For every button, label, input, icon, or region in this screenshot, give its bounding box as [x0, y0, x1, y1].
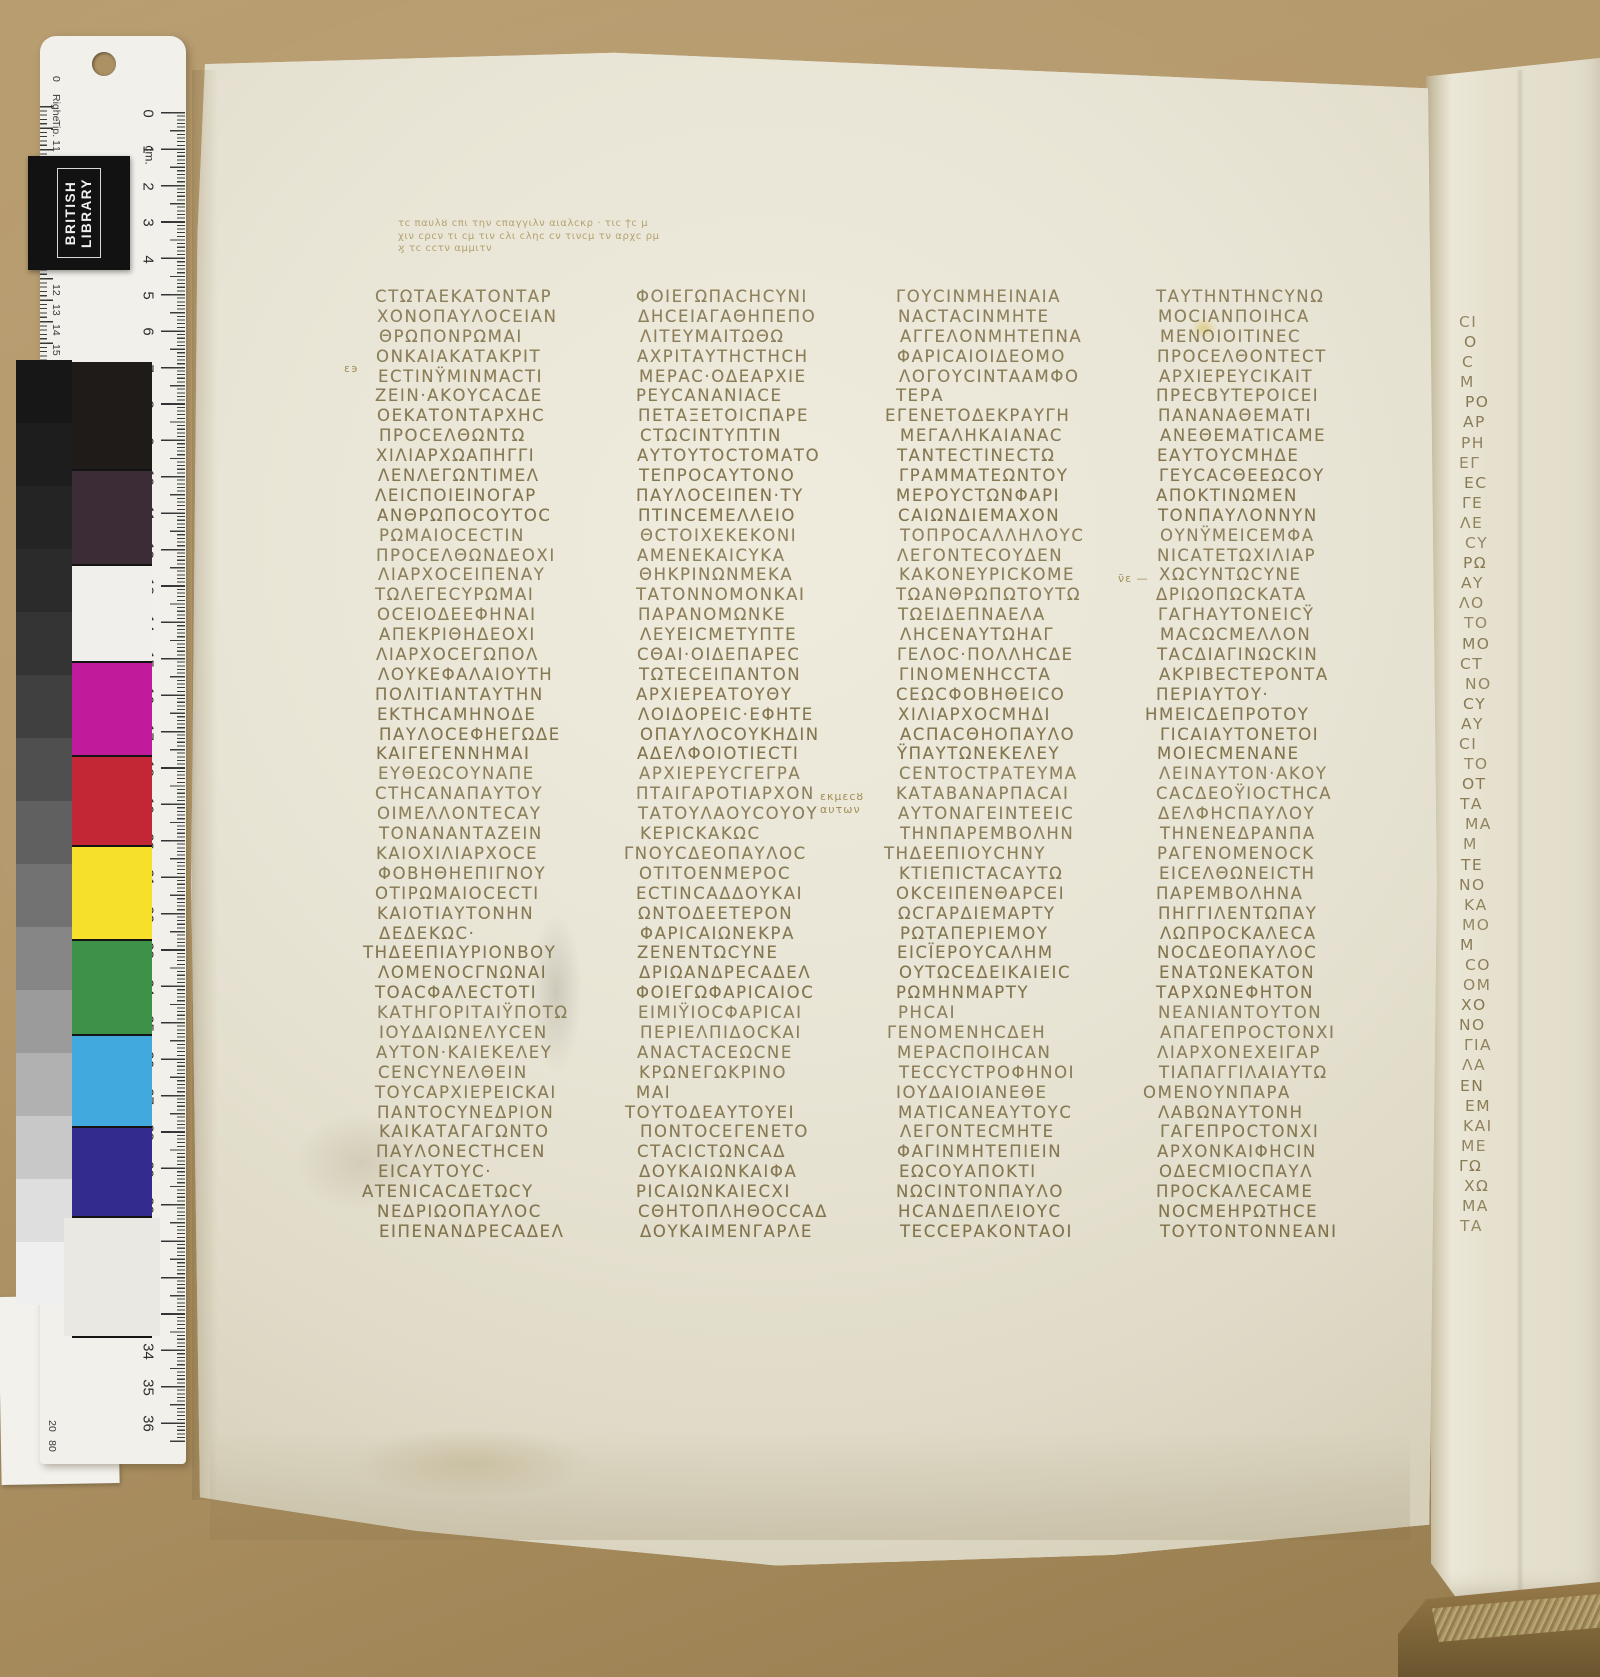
text-line: ΤΟΥΤΟΝΤΟΝΝΕΑΝΙ — [1160, 1222, 1416, 1242]
fragment-line: CΟ — [1465, 955, 1595, 975]
text-line: ΛΕΙCΠΟΙΕΙΝΟΓΑΡ — [375, 486, 631, 506]
fragment-line: ΤΑ — [1460, 794, 1590, 814]
text-line: ΝΕΑΝΙΑΝΤΟΥΤΟΝ — [1158, 1003, 1414, 1023]
text-line: ΦΑΡΙCΑΙΟΙΔΕΟΜΟ — [897, 347, 1153, 367]
text-line: ΑΡΧΟΝΚΑΙΦΗCΙΝ — [1157, 1142, 1413, 1162]
text-line: ΡΩΤΑΠΕΡΙΕΜΟΥ — [900, 924, 1156, 944]
fragment-line: ΓΕ — [1462, 493, 1592, 513]
text-line: ΚΑΙΟΧΙΛΙΑΡΧΟCΕ — [376, 844, 632, 864]
gray-step — [16, 990, 72, 1053]
text-line: ΗΜΕΙCΔΕΠΡΟΤΟΥ — [1145, 705, 1414, 725]
fragment-line: ΧΩ — [1464, 1176, 1594, 1196]
text-line: ΓΝΟΥCΔΕΟΠΑΥΛΟC — [624, 844, 893, 864]
color-patch-dark-purple — [72, 471, 152, 564]
ruler-cm-number: 0 — [140, 103, 157, 125]
text-line: ΚΑΙΓΕΓΕΝΝΗΜΑΙ — [376, 744, 632, 764]
text-line: ΛΕΙΝΑΥΤΟΝ·ΑΚΟΥ — [1159, 764, 1415, 784]
text-line: ΛΕΝΛΕΓΩΝΤΙΜΕΛ — [378, 466, 634, 486]
text-line: ΤΑΡΧΩΝΕΦΗΤΟΝ — [1156, 983, 1412, 1003]
gray-step — [16, 801, 72, 864]
text-line: ΚΤΙΕΠΙCΤΑCΑΥΤΩ — [899, 864, 1155, 884]
page-shading — [192, 70, 218, 1500]
text-line: ΚΑΙΟΤΙΑΥΤΟΝΗΝ — [377, 904, 633, 924]
gray-step — [16, 360, 72, 423]
color-calibration-strip — [72, 362, 152, 1338]
text-line: ΕΙCΕΛΘΩΝΕΙCΤΗ — [1159, 864, 1415, 884]
text-line: ΤΩΕΙΔΕΠΝΑΕΛΑ — [898, 605, 1154, 625]
text-line: ΗCΑΝΔΕΠΛΕΙΟΥC — [898, 1202, 1154, 1222]
fragment-line: ΚΑ — [1464, 895, 1594, 915]
text-line: ΡΗCΑΙ — [898, 1003, 1154, 1023]
text-line: ΦΑΓΙΝΜΗΤΕΠΙΕΙΝ — [897, 1142, 1153, 1162]
gray-step — [16, 549, 72, 612]
text-line: CΕΝΤΟCΤΡΑΤΕΥΜΑ — [899, 764, 1155, 784]
color-patch-green — [72, 941, 152, 1034]
text-line: ΜΕΡΑCΠΟΙΗCΑΝ — [897, 1043, 1153, 1063]
ruler-cm-ticks — [161, 112, 185, 1442]
text-line: ΠΑΡΑΝΟΜΩΝΚΕ — [638, 605, 894, 625]
text-line: ΔΡΙΩΑΝΔΡΕCΑΔΕΛ — [639, 963, 895, 983]
text-line: ΤΙΑΠΑΓΓΙΛΑΙΑΥΤΩ — [1159, 1063, 1415, 1083]
text-line: ΑΠΟΚΤΙΝΩΜΕΝ — [1156, 486, 1412, 506]
text-line: ΑΧΡΙΤΑΥΤΗCΤΗCΗ — [637, 347, 893, 367]
ruler-cm-number: 34 — [140, 1340, 157, 1362]
text-line: ΔΕΔΕΚΩC· — [379, 924, 635, 944]
text-column-2: ΦΟΙΕΓΩΠΑCΗCΥΝΙΔΗCΕΙΑΓΑΘΗΠΕΠΟΛΙΤΕΥΜΑΙΤΩΘΩ… — [638, 287, 894, 1242]
text-line: ΔΡΙΩΟΠΩCΚΑΤΑ — [1156, 585, 1412, 605]
fragment-line: ΕC — [1464, 473, 1594, 493]
ruler-left-label: Tip. 1 — [50, 120, 62, 146]
text-line: ΠΑΝΤΟCΥΝΕΔΡΙΟΝ — [377, 1103, 633, 1123]
text-line: ΑΥΤΟΝΑΓΕΙΝΤΕΕΙC — [898, 804, 1154, 824]
text-line: ΠΕΤΑΞΕΤΟΙCΠΑΡΕ — [638, 406, 894, 426]
fragment-line: ΤΟ — [1464, 613, 1594, 633]
text-line: ΛΩΠΡΟCΚΑΛΕCΑ — [1160, 924, 1416, 944]
text-line: ΤΟΥΤΟΔΕΑΥΤΟΥΕΙ — [625, 1103, 894, 1123]
fragment-line: ΜΑ — [1462, 1196, 1592, 1216]
ruler-cm-number: 4 — [140, 248, 157, 270]
faded-superscription: τϲ παυλȣ ϲπι την ϲπαγγιλν αιαλϲκρ · τιϲ … — [398, 218, 668, 256]
text-line: ΛΟΥΚΕΦΑΛΑΙΟΥΤΗ — [378, 665, 634, 685]
text-line: ΠΡΟCΕΛΘΩΝΔΕΟΧΙ — [376, 546, 632, 566]
text-line: ΕΙCΑΥΤΟΥC· — [378, 1162, 634, 1182]
text-line: ΝΩCΙΝΤΟΝΠΑΥΛΟ — [896, 1182, 1152, 1202]
fragment-line: ΕΜ — [1465, 1096, 1595, 1116]
superscription-line: χιν ϲρϲν τι ϲμ τιν ϲλι ϲληϲ ϲν τινϲμ τν … — [398, 231, 668, 244]
color-patch-red — [72, 757, 152, 845]
ruler-left-label: 14 — [50, 324, 62, 336]
text-line: ΚΑΤΗΓΟΡΙΤΑΙΫΠΟΤΩ — [377, 1003, 633, 1023]
text-line: ΕΥΘΕΩCΟΥΝΑΠΕ — [378, 764, 634, 784]
label-line-1: BRITISH — [63, 178, 79, 248]
text-line: ΠΡΟCΚΑΛΕCΑΜΕ — [1156, 1182, 1412, 1202]
text-line: ΔΕΛΦΗCΠΑΥΛΟΥ — [1158, 804, 1414, 824]
marginal-note: εκμεϲȣαυτων — [820, 790, 864, 816]
text-line: ΦΟΙΕΓΩΦΑΡΙCΑΙΟC — [636, 983, 892, 1003]
fragment-line: ΜΑ — [1465, 814, 1595, 834]
fragment-line: ΤΕ — [1461, 855, 1591, 875]
text-line: ΩΝΤΟΔΕΕΤΕΡΟΝ — [638, 904, 894, 924]
text-line: ΟΥΝΫΜΕΙCΕΜΦΑ — [1160, 526, 1416, 546]
text-line: ΠΟΛΙΤΙΑΝΤΑΥΤΗΝ — [375, 685, 631, 705]
text-line: ΫΠΑΥΤΩΝΕΚΕΛΕΥ — [897, 744, 1153, 764]
text-line: ΜΑCΩCΜΕΛΛΟΝ — [1160, 625, 1416, 645]
text-line: ΚΡΩΝΕΓΩΚΡΙΝΟ — [639, 1063, 895, 1083]
text-line: ΝΕΔΡΙΩΟΠΑΥΛΟC — [377, 1202, 633, 1222]
text-line: ΝΟCΔΕΟΠΑΥΛΟC — [1157, 943, 1413, 963]
text-line: ΝΟCΜΕΗΡΩΤΗCΕ — [1158, 1202, 1414, 1222]
text-line: ΖΕΝΕΝΤΩCΥΝΕ — [637, 943, 893, 963]
gray-step — [16, 1116, 72, 1179]
fragment-line: ΕΝ — [1460, 1076, 1590, 1096]
ruler-left-label: 13 — [50, 304, 62, 316]
fragment-line: ΡΩ — [1463, 553, 1593, 573]
text-line: ΔΟΥΚΑΙΜΕΝΓΑΡΛΕ — [640, 1222, 896, 1242]
fragment-line: Μ — [1463, 834, 1593, 854]
ruler-cm-number: 6 — [140, 321, 157, 343]
fragment-line: ΛΕ — [1460, 513, 1590, 533]
text-line: ΤΟΝΠΑΥΛΟΝΝΥΝ — [1158, 506, 1414, 526]
text-line: ΑΝΘΡΩΠΟCΟΥΤΟC — [377, 506, 633, 526]
text-line: ΘΗΚΡΙΝΩΝΜΕΚΑ — [639, 565, 895, 585]
fragment-line: CΙ — [1459, 312, 1589, 332]
text-line: CΕΝCΥΝΕΛΘΕΙΝ — [378, 1063, 634, 1083]
text-line: ΜΟCΙΑΝΠΟΙΗCΑ — [1158, 307, 1414, 327]
text-line: ΓΙCΑΙΑΥΤΟΝΕΤΟΙ — [1160, 725, 1416, 745]
text-line: ΡΑΓΕΝΟΜΕΝΟCΚ — [1157, 844, 1413, 864]
fragment-line: Μ — [1460, 372, 1590, 392]
text-line: ΕΑΥΤΟΥCΜΗΔΕ — [1157, 446, 1413, 466]
text-line: ΩCΓΑΡΔΙΕΜΑΡΤΥ — [898, 904, 1154, 924]
marginal-line: αυτων — [820, 803, 864, 816]
text-line: ΟCΕΙΟΔΕΕΦΗΝΑΙ — [377, 605, 633, 625]
text-line: ΙΟΥΔΑΙΩΝΕΛΥCΕΝ — [379, 1023, 635, 1043]
text-line: CΑCΔΕΟΫΙΟCΤΗCΑ — [1156, 784, 1412, 804]
color-patch-yellow — [72, 847, 152, 939]
text-line: ΠΗΓΓΙΛΕΝΤΩΠΑΥ — [1158, 904, 1414, 924]
page-shading — [210, 1430, 1410, 1540]
ruler-cm-number: 5 — [140, 285, 157, 307]
text-line: ΓΡΑΜΜΑΤΕΩΝΤΟΥ — [899, 466, 1155, 486]
fragment-line: CΤ — [1460, 654, 1590, 674]
text-line: ΠΑΝΑΝΑΘΕΜΑΤΙ — [1158, 406, 1414, 426]
text-line: ΤΕΠΡΟCΑΥΤΟΝΟ — [639, 466, 895, 486]
text-line: ΛΕΓΟΝΤΕCΟΥΔΕΝ — [897, 546, 1153, 566]
text-line: ΓΕΝΟΜΕΝΗCΔΕΗ — [887, 1023, 1156, 1043]
text-line: CΘΗΤΟΠΛΗΘΟCCΑΔ — [638, 1202, 894, 1222]
text-line: ΛΕΓΟΝΤΕCΜΗΤΕ — [900, 1122, 1156, 1142]
text-line: ΤΗΔΕΕΠΙΟΥCΗΝΥ — [884, 844, 1153, 864]
fragment-line: ΟΜ — [1463, 975, 1593, 995]
text-line: CΘΑΙ·ΟΙΔΕΠΑΡΕC — [637, 645, 893, 665]
text-line: ΓΕΛΟC·ΠΟΛΛΗCΔΕ — [897, 645, 1153, 665]
british-library-label-text: BRITISH LIBRARY — [57, 168, 101, 258]
fragment-line: ΝΟ — [1459, 875, 1589, 895]
text-line: ΠΡΟCΕΛΘΩΝΤΩ — [379, 426, 635, 446]
marginal-line: εκμεϲȣ — [820, 790, 864, 803]
text-line: ΖΕΙΝ·ΑΚΟΥCΑCΔΕ — [375, 386, 631, 406]
text-line: ΠΕΡΙΕΛΠΙΔΟCΚΑΙ — [640, 1023, 896, 1043]
text-line: ΡΩΜΑΙΟCΕCΤΙΝ — [379, 526, 635, 546]
text-line: ΑΡΧΙΕΡΕΑΤΟΥΘΥ — [636, 685, 892, 705]
text-line: CΤΩΤΑΕΚΑΤΟΝΤΑΡ — [375, 287, 631, 307]
text-line: CΤΗCΑΝΑΠΑΥΤΟΥ — [375, 784, 631, 804]
text-line: ΦΟΙΕΓΩΠΑCΗCΥΝΙ — [636, 287, 892, 307]
text-line: ΜΕΝΟΙΟΙΤΙΝΕC — [1160, 327, 1416, 347]
text-line: ΚΑΤΑΒΑΝΑΡΠΑCΑΙ — [896, 784, 1152, 804]
text-line: ΧΩCΥΝΤΩCΥΝΕ — [1159, 565, 1415, 585]
ruler-cm-number: 1 — [140, 139, 157, 161]
fragment-line: Ο — [1464, 332, 1594, 352]
text-line: ΟΜΕΝΟΥΝΠΑΡΑ — [1143, 1083, 1412, 1103]
gray-step — [16, 675, 72, 738]
text-line: ΤΩΑΝΘΡΩΠΩΤΟΥΤΩ — [896, 585, 1152, 605]
text-line: ΡΩΜΗΝΜΑΡΤΥ — [896, 983, 1152, 1003]
fragment-line: ΜΕ — [1461, 1136, 1591, 1156]
ruler-left-label: 1 — [50, 146, 62, 152]
text-line: ΦΑΡΙCΑΙΩΝΕΚΡΑ — [640, 924, 896, 944]
fragment-line: ΛΑ — [1462, 1055, 1592, 1075]
fragment-line: ΤΑ — [1460, 1216, 1590, 1236]
color-patch-white-card — [64, 1218, 160, 1336]
fragment-line: ΜΟ — [1462, 915, 1592, 935]
fragment-line: ΛΟ — [1459, 593, 1589, 613]
gray-step — [16, 423, 72, 486]
ruler-left-label: 12 — [50, 284, 62, 296]
text-line: ΑΠΕΚΡΙΘΗΔΕΟΧΙ — [379, 625, 635, 645]
fragment-line: ΑΥ — [1461, 714, 1591, 734]
text-line: ΤΕCCΕΡΑΚΟΝΤΑΟΙ — [900, 1222, 1156, 1242]
text-line: ΑΡΧΙΕΡΕΥCΙΚΑΙΤ — [1159, 367, 1415, 387]
ruler-cm-number: 36 — [140, 1413, 157, 1435]
fragment-line: ΧΟ — [1461, 995, 1591, 1015]
text-line: ΤΕΡΑ — [896, 386, 1152, 406]
ruler-left-label: 0 — [50, 76, 62, 82]
text-line: ΕΝΑΤΩΝΕΚΑΤΟΝ — [1159, 963, 1415, 983]
fragment-line: CΙ — [1459, 734, 1589, 754]
text-line: ΑΔΕΛΦΟΙΟΤΙΕCΤΙ — [637, 744, 893, 764]
text-line: ΜΑΙ — [636, 1083, 892, 1103]
ruler-bottom-number: 20 — [46, 1420, 58, 1432]
text-line: ΠΡΕCΒΥΤΕΡΟΙCΕΙ — [1156, 386, 1412, 406]
text-line: ΕΙΠΕΝΑΝΔΡΕCΑΔΕΛ — [379, 1222, 635, 1242]
text-line: ΤΟΥCΑΡΧΙΕΡΕΙCΚΑΙ — [375, 1083, 631, 1103]
ruler-left-label: Righe — [50, 94, 62, 121]
gray-step — [16, 612, 72, 675]
text-line: ΙΟΥΔΑΙΟΙΑΝΕΘΕ — [896, 1083, 1152, 1103]
text-line: ΓΙΝΟΜΕΝΗCCΤΑ — [899, 665, 1155, 685]
text-line: ΛΙΤΕΥΜΑΙΤΩΘΩ — [640, 327, 896, 347]
color-patch-white — [72, 566, 152, 661]
text-line: ΔΟΥΚΑΙΩΝΚΑΙΦΑ — [639, 1162, 895, 1182]
text-line: ΛΑΒΩΝΑΥΤΟΝΗ — [1158, 1103, 1414, 1123]
text-line: ΟΠΑΥΛΟCΟΥΚΗΔΙΝ — [640, 725, 896, 745]
ruler-cm-number: 35 — [140, 1377, 157, 1399]
british-library-label: BRITISH LIBRARY — [28, 156, 130, 270]
text-line: ΤΑΝΤΕCΤΙΝΕCΤΩ — [897, 446, 1153, 466]
gray-step — [16, 738, 72, 801]
color-patch-cyan — [72, 1036, 152, 1126]
ruler-left-label: 15 — [50, 344, 62, 356]
text-line: ΛΟΙΔΟΡΕΙC·ΕΦΗΤΕ — [638, 705, 894, 725]
fragment-line: ΑΡ — [1463, 412, 1593, 432]
gray-step — [16, 1053, 72, 1116]
text-line: ΜΟΙΕCΜΕΝΑΝΕ — [1157, 744, 1413, 764]
text-line: ΤΗΔΕΕΠΙΑΥΡΙΟΝΒΟΥ — [363, 943, 632, 963]
fragment-line: ΓΙΑ — [1464, 1035, 1594, 1055]
text-line: ΜΕΡΑC·ΟΔΕΑΡΧΙΕ — [639, 367, 895, 387]
text-line: ΚΑΚΟΝΕΥΡΙCΚΟΜΕ — [899, 565, 1155, 585]
text-line: ΛΙΑΡΧΟCΕΓΩΠΟΛ — [376, 645, 632, 665]
fragment-line: ΝΟ — [1465, 674, 1595, 694]
label-line-2: LIBRARY — [79, 178, 95, 248]
text-line: ΘCΤΟΙΧΕΚΕΚΟΝΙ — [640, 526, 896, 546]
fragment-line: ΡΗ — [1461, 433, 1591, 453]
text-line: ΤΕCCΥCΤΡΟΦΗΝΟΙ — [899, 1063, 1155, 1083]
text-line: ΛΟΜΕΝΟCΓΝΩΝΑΙ — [378, 963, 634, 983]
text-line: CΑΙΩΝΔΙΕΜΑΧΟΝ — [898, 506, 1154, 526]
text-line: ΕΩCΟΥΑΠΟΚΤΙ — [899, 1162, 1155, 1182]
text-line: ΚΑΙΚΑΤΑΓΑΓΩΝΤΟ — [379, 1122, 635, 1142]
text-line: ΜΕΡΟΥCΤΩΝΦΑΡΙ — [896, 486, 1152, 506]
text-line: ΓΕΥCΑCΘΕΕΩCΟΥ — [1159, 466, 1415, 486]
fragment-line: ΟΤ — [1462, 774, 1592, 794]
fragment-line: Μ — [1460, 935, 1590, 955]
text-line: ΘΡΩΠΟΝΡΩΜΑΙ — [379, 327, 635, 347]
text-line: ΧΟΝΟΠΑΥΛΟCΕΙΑΝ — [377, 307, 633, 327]
fragment-line: ΡΟ — [1465, 392, 1595, 412]
text-line: ΑΜΕΝΕΚΑΙCΥΚΑ — [637, 546, 893, 566]
text-line: ΟΔΕCΜΙΟCΠΑΥΛ — [1159, 1162, 1415, 1182]
text-line: ΟΥΤΩCΕΔΕΙΚΑΙΕΙC — [899, 963, 1155, 983]
fragment-line: ΑΥ — [1461, 573, 1591, 593]
text-line: ΟΤΙΡΩΜΑΙΟCΕCΤΙ — [375, 884, 631, 904]
marginal-note: ν̄ε — — [1118, 572, 1149, 585]
fragment-line: ΕΓ — [1459, 453, 1589, 473]
text-line: ΝΑCΤΑCΙΝΜΗΤΕ — [898, 307, 1154, 327]
text-line: ΕΚΤΗCΑΜΗΝΟΔΕ — [377, 705, 633, 725]
text-line: ΑΠΑΓΕΠΡΟCΤΟΝΧΙ — [1160, 1023, 1416, 1043]
text-line: ΠΡΟCΕΛΘΟΝΤΕCΤ — [1157, 347, 1413, 367]
text-line: ΑΥΤΟΥΤΟCΤΟΜΑΤΟ — [637, 446, 893, 466]
color-patch-indigo — [72, 1128, 152, 1216]
gray-step — [16, 486, 72, 549]
text-line: ΟΤΙΤΟΕΝΜΕΡΟC — [639, 864, 895, 884]
fragment-line: ΝΟ — [1459, 1015, 1589, 1035]
text-line: ΠΑΥΛΟCΕΙΠΕΝ·ΤΥ — [636, 486, 892, 506]
text-line: ΑΥΤΟΝ·ΚΑΙΕΚΕΛΕΥ — [376, 1043, 632, 1063]
text-line: ΑΝΑCΤΑCΕΩCΝΕ — [637, 1043, 893, 1063]
text-line: CΕΩCΦΟΒΗΘΕΙCΟ — [896, 685, 1152, 705]
gray-step — [16, 864, 72, 927]
text-line: ΠΕΡΙΑΥΤΟΥ· — [1156, 685, 1412, 705]
text-line: ΡΕΥCΑΝΑΝΙΑCΕ — [636, 386, 892, 406]
text-line: ΓΟΥCΙΝΜΗΕΙΝΑΙΑ — [896, 287, 1152, 307]
text-line: ΤΑΥΤΗΝΤΗΝCΥΝΩ — [1156, 287, 1412, 307]
text-line: ΛΙΑΡΧΟCΕΙΠΕΝΑΥ — [378, 565, 634, 585]
text-line: ΑΚΡΙΒΕCΤΕΡΟΝΤΑ — [1159, 665, 1415, 685]
text-line: ΧΙΛΙΑΡΧΟCΜΗΔΙ — [898, 705, 1154, 725]
marginal-note: ε϶ — [344, 362, 359, 375]
text-line: ΚΕΡΙCΚΑΚΩC — [640, 824, 896, 844]
text-line: ΤΩΤΕCΕΙΠΑΝΤΟΝ — [639, 665, 895, 685]
text-line: ΡΙCΑΙΩΝΚΑΙΕCΧΙ — [636, 1182, 892, 1202]
text-line: ΓΑΓΗΑΥΤΟΝΕΙCΫ — [1158, 605, 1414, 625]
text-line: ΝΙCΑΤΕΤΩΧΙΛΙΑΡ — [1157, 546, 1413, 566]
text-line: ΟΕΚΑΤΟΝΤΑΡΧΗC — [377, 406, 633, 426]
text-line: ΑCΠΑCΘΗΟΠΑΥΛΟ — [900, 725, 1156, 745]
text-line: ΑΓΓΕΛΟΝΜΗΤΕΠΝΑ — [900, 327, 1156, 347]
text-line: ΑΡΧΙΕΡΕΥCΓΕΓΡΑ — [639, 764, 895, 784]
text-line: ΠΟΝΤΟCΕΓΕΝΕΤΟ — [640, 1122, 896, 1142]
text-line: ΔΗCΕΙΑΓΑΘΗΠΕΠΟ — [638, 307, 894, 327]
superscription-line: τϲ παυλȣ ϲπι την ϲπαγγιλν αιαλϲκρ · τιϲ … — [398, 218, 668, 231]
fragment-line: CΥ — [1463, 694, 1593, 714]
text-line: ΑΤΕΝΙCΑCΔΕΤΩCΥ — [362, 1182, 631, 1202]
text-line: ΤΟΠΡΟCΑΛΛΗΛΟΥC — [900, 526, 1156, 546]
ruler-bottom-number: 80 — [46, 1440, 58, 1452]
text-line: ΟΙΜΕΛΛΟΝΤΕCΑΥ — [377, 804, 633, 824]
text-line: ΕΓΕΝΕΤΟΔΕΚΡΑΥΓΗ — [885, 406, 1154, 426]
gray-step — [16, 927, 72, 990]
text-line: ΤΗΝΠΑΡΕΜΒΟΛΗΝ — [900, 824, 1156, 844]
fragment-line: CΥ — [1465, 533, 1595, 553]
text-line: ΕΙCΪΕΡΟΥCΑΛΗΜ — [897, 943, 1153, 963]
ruler-cm-number: 2 — [140, 175, 157, 197]
text-line: ΠΑΥΛΟCΕΦΗΕΓΩΔΕ — [379, 725, 635, 745]
text-line: ΓΑΓΕΠΡΟCΤΟΝΧΙ — [1160, 1122, 1416, 1142]
text-column-partial: CΙΟCΜΡΟΑΡΡΗΕΓΕCΓΕΛΕCΥΡΩΑΥΛΟΤΟΜΟCΤΝΟCΥΑΥC… — [1462, 312, 1592, 1236]
fragment-line: C — [1462, 352, 1592, 372]
color-patch-black — [72, 362, 152, 469]
text-line: ΦΟΒΗΘΗΕΠΙΓΝΟΥ — [378, 864, 634, 884]
fragment-line: ΚΑΙ — [1463, 1116, 1593, 1136]
text-line: CΤΩCΙΝΤΥΠΤΙΝ — [640, 426, 896, 446]
text-line: ΛΕΥΕΙCΜΕΤΥΠΤΕ — [640, 625, 896, 645]
text-column-4: ΤΑΥΤΗΝΤΗΝCΥΝΩΜΟCΙΑΝΠΟΙΗCΑΜΕΝΟΙΟΙΤΙΝΕCΠΡΟ… — [1158, 287, 1414, 1242]
text-line: ΤΟΝΑΝΑΝΤΑΖΕΙΝ — [379, 824, 635, 844]
text-line: CΤΑCΙCΤΩΝCΑΔ — [637, 1142, 893, 1162]
text-line: ΤΩΛΕΓΕCΥΡΩΜΑΙ — [375, 585, 631, 605]
text-line: ΤΑCΔΙΑΓΙΝΩCΚΙΝ — [1157, 645, 1413, 665]
text-line: ΟΝΚΑΙΑΚΑΤΑΚΡΙΤ — [376, 347, 632, 367]
marginal-line: ν̄ε — — [1118, 572, 1149, 585]
text-line: ΠΑΡΕΜΒΟΛΗΝΑ — [1156, 884, 1412, 904]
ruler-cm-number: 3 — [140, 212, 157, 234]
text-line: ΜΕΓΑΛΗΚΑΙΑΝΑC — [900, 426, 1156, 446]
text-line: ΤΗΝΕΝΕΔΡΑΝΠΑ — [1160, 824, 1416, 844]
text-line: ΧΙΛΙΑΡΧΩΑΠΗΓΓΙ — [376, 446, 632, 466]
text-column-3: ΓΟΥCΙΝΜΗΕΙΝΑΙΑΝΑCΤΑCΙΝΜΗΤΕΑΓΓΕΛΟΝΜΗΤΕΠΝΑ… — [898, 287, 1154, 1242]
text-line: ΜΑΤΙCΑΝΕΑΥΤΟΥC — [898, 1103, 1154, 1123]
text-line: ΑΝΕΘΕΜΑΤΙCΑΜΕ — [1160, 426, 1416, 446]
text-line: ΕCΤΙΝΫΜΙΝΜΑCΤΙ — [378, 367, 634, 387]
text-line: ΤΟΑCΦΑΛΕCΤΟΤΙ — [375, 983, 631, 1003]
grayscale-calibration-strip — [16, 360, 72, 1305]
text-line: ΛΟΓΟΥCΙΝΤΑΑΜΦΟ — [899, 367, 1155, 387]
ruler-hole — [92, 52, 116, 76]
text-line: ΕΙΜΙΫΙΟCΦΑΡΙCΑΙ — [638, 1003, 894, 1023]
text-line: ΠΑΥΛΟΝΕCΤΗCΕΝ — [376, 1142, 632, 1162]
text-line: ΤΑΤΟΝΝΟΜΟΝΚΑΙ — [636, 585, 892, 605]
fragment-line: ΤΟ — [1464, 754, 1594, 774]
text-line: ΟΚCΕΙΠΕΝΘΑΡCΕΙ — [896, 884, 1152, 904]
text-column-1: CΤΩΤΑΕΚΑΤΟΝΤΑΡΧΟΝΟΠΑΥΛΟCΕΙΑΝΘΡΩΠΟΝΡΩΜΑΙΟ… — [377, 287, 633, 1242]
text-line: ΛΗCΕΝΑΥΤΩΗΑΓ — [900, 625, 1156, 645]
color-patch-magenta — [72, 663, 152, 755]
fragment-line: ΓΩ — [1459, 1156, 1589, 1176]
text-line: ΛΙΑΡΧΟΝΕΧΕΙΓΑΡ — [1157, 1043, 1413, 1063]
